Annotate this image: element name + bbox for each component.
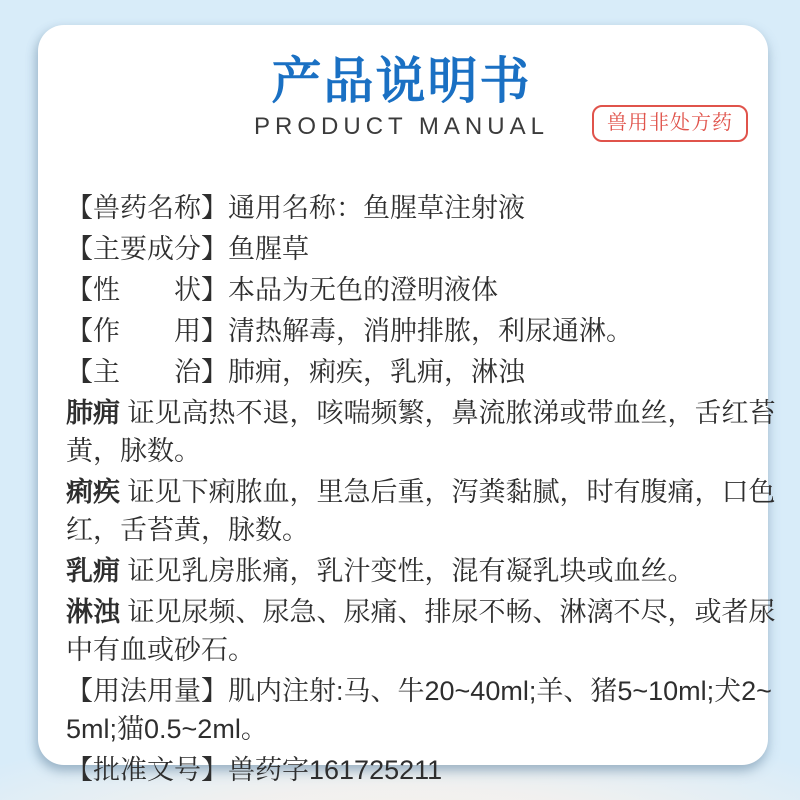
text-line: 【主要成分】鱼腥草	[66, 230, 737, 268]
text-line: 【作 用】清热解毒，消肿排脓，利尿通淋。	[66, 312, 737, 350]
manual-paragraph: 【兽药名称】通用名称：鱼腥草注射液	[66, 189, 737, 227]
text-segment: 5ml;猫0.5~2ml。	[66, 714, 268, 744]
text-line: 5ml;猫0.5~2ml。	[66, 710, 737, 748]
text-segment: 【批准文号】兽药字161725211	[66, 755, 442, 785]
text-segment: 证见下痢脓血，里急后重，泻粪黏腻，时有腹痛，口色	[120, 477, 776, 507]
manual-paragraph: 【性 状】本品为无色的澄明液体	[66, 271, 737, 309]
text-line: 【性 状】本品为无色的澄明液体	[66, 271, 737, 309]
text-line: 【批准文号】兽药字161725211	[66, 751, 737, 789]
otc-badge: 兽用非处方药	[592, 105, 748, 142]
manual-header: 产品说明书 PRODUCT MANUAL 兽用非处方药	[66, 55, 737, 167]
manual-card: 产品说明书 PRODUCT MANUAL 兽用非处方药 【兽药名称】通用名称：鱼…	[38, 25, 768, 765]
manual-paragraph: 痢疾 证见下痢脓血，里急后重，泻粪黏腻，时有腹痛，口色红，舌苔黄，脉数。	[66, 473, 737, 549]
manual-paragraph: 乳痈 证见乳房胀痛，乳汁变性，混有凝乳块或血丝。	[66, 552, 737, 590]
text-segment: 【作 用】清热解毒，消肿排脓，利尿通淋。	[66, 316, 633, 346]
text-segment: 证见高热不退，咳喘频繁，鼻流脓涕或带血丝，舌红苔	[120, 398, 776, 428]
text-line: 【用法用量】肌内注射:马、牛20~40ml;羊、猪5~10ml;犬2~	[66, 672, 737, 710]
text-segment: 痢疾	[66, 477, 120, 507]
manual-paragraph: 肺痈 证见高热不退，咳喘频繁，鼻流脓涕或带血丝，舌红苔黄，脉数。	[66, 394, 737, 470]
text-segment: 乳痈	[66, 556, 120, 586]
text-line: 【兽药名称】通用名称：鱼腥草注射液	[66, 189, 737, 227]
manual-paragraph: 【作 用】清热解毒，消肿排脓，利尿通淋。	[66, 312, 737, 350]
text-line: 【主 治】肺痈，痢疾，乳痈，淋浊	[66, 353, 737, 391]
text-line: 肺痈 证见高热不退，咳喘频繁，鼻流脓涕或带血丝，舌红苔	[66, 394, 737, 432]
manual-paragraph: 淋浊 证见尿频、尿急、尿痛、排尿不畅、淋漓不尽，或者尿中有血或砂石。	[66, 593, 737, 669]
page-background: 产品说明书 PRODUCT MANUAL 兽用非处方药 【兽药名称】通用名称：鱼…	[0, 0, 800, 800]
manual-paragraph: 【批准文号】兽药字161725211	[66, 751, 737, 789]
page-title: 产品说明书	[66, 55, 737, 107]
text-line: 痢疾 证见下痢脓血，里急后重，泻粪黏腻，时有腹痛，口色	[66, 473, 737, 511]
text-segment: 证见乳房胀痛，乳汁变性，混有凝乳块或血丝。	[120, 556, 695, 586]
text-line: 红，舌苔黄，脉数。	[66, 511, 737, 549]
manual-paragraph: 【主 治】肺痈，痢疾，乳痈，淋浊	[66, 353, 737, 391]
manual-body: 【兽药名称】通用名称：鱼腥草注射液【主要成分】鱼腥草【性 状】本品为无色的澄明液…	[66, 189, 737, 789]
text-segment: 红，舌苔黄，脉数。	[66, 515, 309, 545]
text-segment: 淋浊	[66, 597, 120, 627]
text-segment: 证见尿频、尿急、尿痛、排尿不畅、淋漓不尽，或者尿	[120, 597, 776, 627]
text-line: 淋浊 证见尿频、尿急、尿痛、排尿不畅、淋漓不尽，或者尿	[66, 593, 737, 631]
text-segment: 【主要成分】鱼腥草	[66, 234, 309, 264]
manual-paragraph: 【主要成分】鱼腥草	[66, 230, 737, 268]
manual-paragraph: 【用法用量】肌内注射:马、牛20~40ml;羊、猪5~10ml;犬2~5ml;猫…	[66, 672, 737, 748]
text-segment: 肺痈	[66, 398, 120, 428]
text-line: 黄，脉数。	[66, 432, 737, 470]
text-line: 中有血或砂石。	[66, 631, 737, 669]
text-segment: 【主 治】肺痈，痢疾，乳痈，淋浊	[66, 357, 525, 387]
text-line: 乳痈 证见乳房胀痛，乳汁变性，混有凝乳块或血丝。	[66, 552, 737, 590]
text-segment: 黄，脉数。	[66, 436, 201, 466]
text-segment: 【性 状】本品为无色的澄明液体	[66, 275, 498, 305]
text-segment: 中有血或砂石。	[66, 635, 255, 665]
text-segment: 【兽药名称】通用名称：鱼腥草注射液	[66, 193, 525, 223]
text-segment: 【用法用量】肌内注射:马、牛20~40ml;羊、猪5~10ml;犬2~	[66, 676, 772, 706]
